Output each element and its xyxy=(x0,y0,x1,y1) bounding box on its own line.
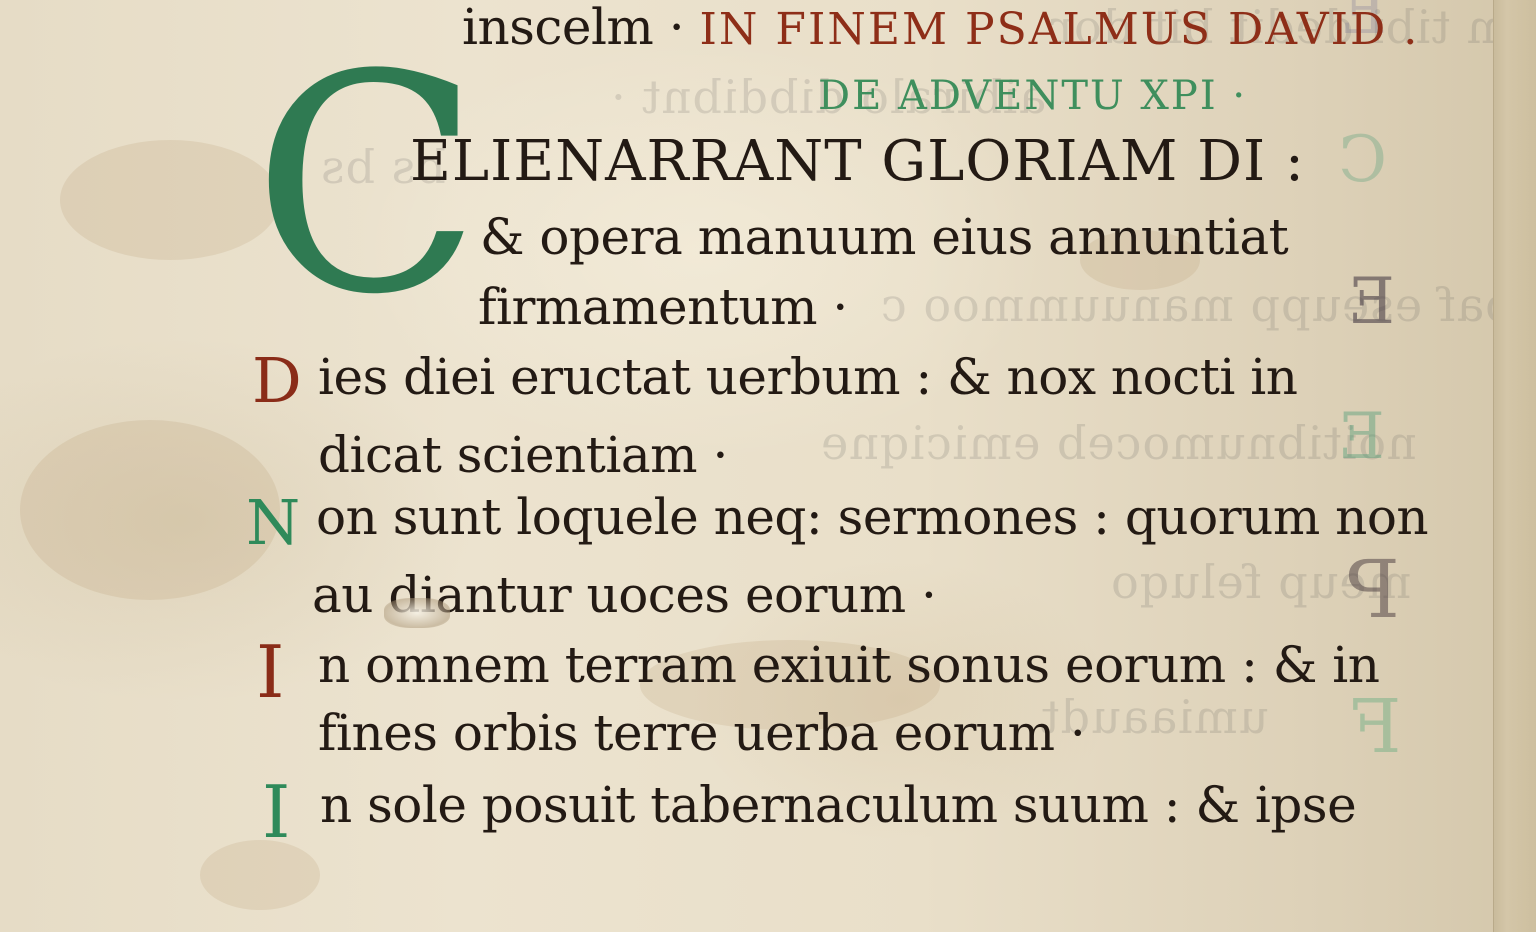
text-line: ELIENARRANT GLORIAM DI : xyxy=(410,134,1305,190)
text-line: & opera manuum eius annuntiat xyxy=(480,212,1288,262)
text-line: n sole posuit tabernaculum suum : & ipse xyxy=(320,780,1356,830)
show-through-capital: F xyxy=(1350,690,1401,764)
show-through-line: reabaf eseupp manuummoo c xyxy=(880,278,1536,332)
binding-gutter xyxy=(1493,0,1536,932)
rubric-red-title: IN FINEM PSALMUS DAVID . xyxy=(700,4,1420,55)
text-line: firmamentum · xyxy=(478,282,848,332)
show-through-line: noitibnumoceb emiciqne xyxy=(820,416,1417,470)
manuscript-page: rem tibi dedit bit dor aibiralo dibdibnt… xyxy=(0,0,1536,932)
parchment-hole xyxy=(384,598,450,628)
initial-n: N xyxy=(246,492,300,554)
show-through-capital: C xyxy=(1338,128,1387,192)
initial-i: I xyxy=(256,636,284,708)
text-line: ies diei eructat uerbum : & nox nocti in xyxy=(318,352,1297,402)
text-line: fines orbis terre uerba eorum · xyxy=(318,708,1085,758)
show-through-capital: E xyxy=(1338,405,1385,469)
show-through-capital: P xyxy=(1346,550,1400,630)
text-line: dicat scientiam · xyxy=(318,430,728,480)
initial-i-green: I xyxy=(262,776,290,848)
stain xyxy=(60,140,280,260)
rubric-green-title: DE ADVENTU XPI · xyxy=(818,76,1247,116)
show-through-capital: E xyxy=(1348,270,1395,334)
text-line: on sunt loquele neq: sermones : quorum n… xyxy=(316,492,1428,542)
initial-d: D xyxy=(252,350,302,412)
text-line: n omnem terram exiuit sonus eorum : & in xyxy=(318,640,1379,690)
rubric-line-1: inscelm · IN FINEM PSALMUS DAVID . xyxy=(462,2,1419,52)
rubric-prefix: inscelm · xyxy=(462,0,684,56)
stain xyxy=(20,420,280,600)
stain xyxy=(200,840,320,910)
